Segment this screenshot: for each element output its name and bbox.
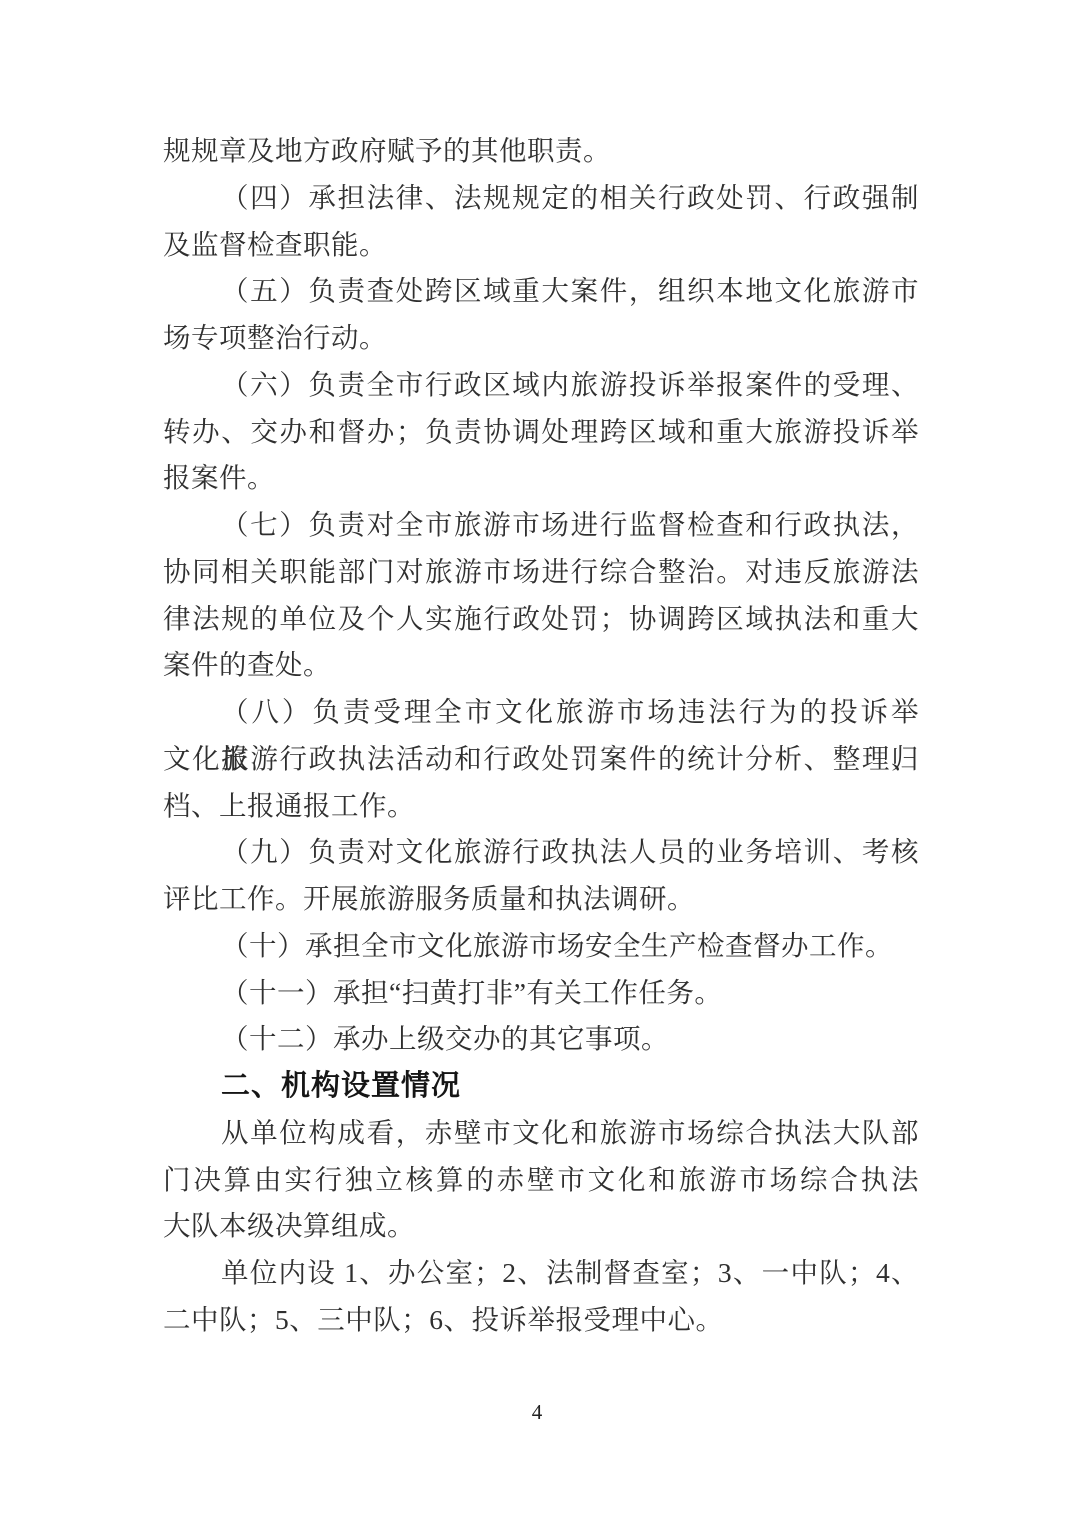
text-line: （六）负责全市行政区域内旅游投诉举报案件的受理、 [163, 362, 919, 409]
text-line: 文化旅游行政执法活动和行政处罚案件的统计分析、整理归 [163, 736, 919, 783]
text-line: （十二）承办上级交办的其它事项。 [163, 1016, 919, 1063]
text-line: 律法规的单位及个人实施行政处罚；协调跨区域执法和重大 [163, 596, 919, 643]
text-line: 案件的查处。 [163, 642, 919, 689]
text-line: 场专项整治行动。 [163, 315, 919, 362]
page-number: 4 [0, 1400, 1074, 1425]
text-line: 大队本级决算组成。 [163, 1203, 919, 1250]
text-line: 门决算由实行独立核算的赤壁市文化和旅游市场综合执法 [163, 1157, 919, 1204]
text-line: （九）负责对文化旅游行政执法人员的业务培训、考核 [163, 829, 919, 876]
text-line: 二中队；5、三中队；6、投诉举报受理中心。 [163, 1297, 919, 1344]
text-line: 评比工作。开展旅游服务质量和执法调研。 [163, 876, 919, 923]
text-line: （十）承担全市文化旅游市场安全生产检查督办工作。 [163, 923, 919, 970]
text-line: 从单位构成看，赤壁市文化和旅游市场综合执法大队部 [163, 1110, 919, 1157]
text-line: （十一）承担“扫黄打非”有关工作任务。 [163, 970, 919, 1017]
text-line: 报案件。 [163, 455, 919, 502]
text-line: 转办、交办和督办；负责协调处理跨区域和重大旅游投诉举 [163, 409, 919, 456]
text-line: 规规章及地方政府赋予的其他职责。 [163, 128, 919, 175]
text-line: （七）负责对全市旅游市场进行监督检查和行政执法， [163, 502, 919, 549]
document-body: 规规章及地方政府赋予的其他职责。（四）承担法律、法规规定的相关行政处罚、行政强制… [163, 128, 919, 1344]
text-line: （八）负责受理全市文化旅游市场违法行为的投诉举报、 [163, 689, 919, 736]
section-heading: 二、机构设置情况 [163, 1063, 919, 1110]
text-line: 及监督检查职能。 [163, 222, 919, 269]
text-line: （四）承担法律、法规规定的相关行政处罚、行政强制 [163, 175, 919, 222]
text-line: （五）负责查处跨区域重大案件，组织本地文化旅游市 [163, 268, 919, 315]
text-line: 协同相关职能部门对旅游市场进行综合整治。对违反旅游法 [163, 549, 919, 596]
text-line: 档、上报通报工作。 [163, 783, 919, 830]
document-page: 规规章及地方政府赋予的其他职责。（四）承担法律、法规规定的相关行政处罚、行政强制… [0, 0, 1074, 1520]
text-line: 单位内设 1、办公室；2、法制督查室；3、一中队；4、 [163, 1250, 919, 1297]
